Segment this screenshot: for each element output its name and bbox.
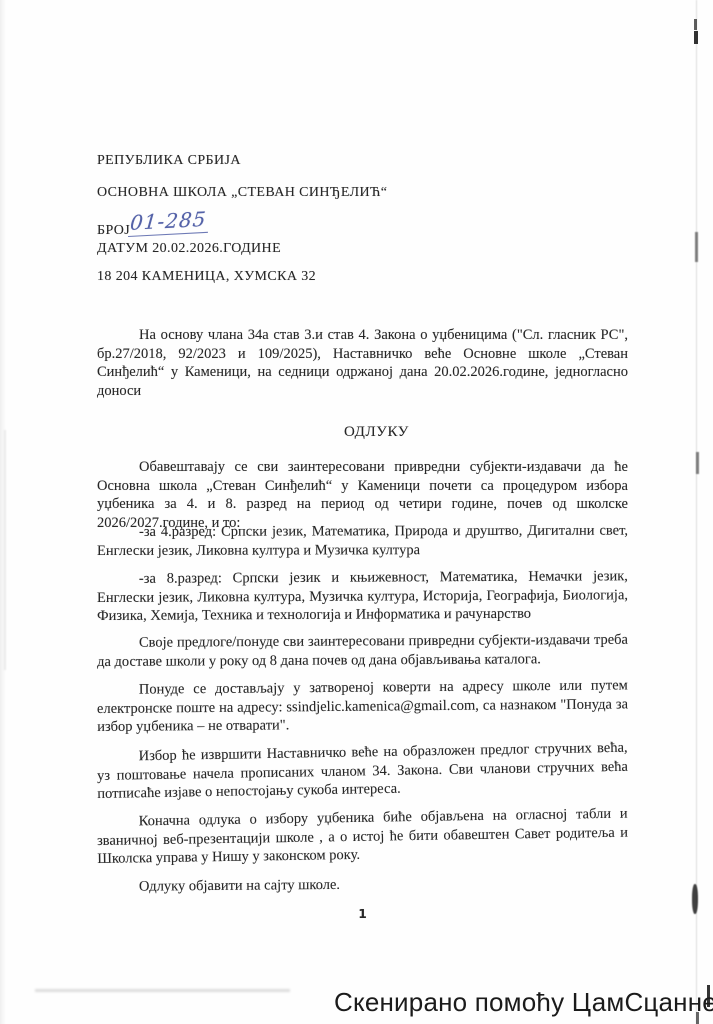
scan-artifact-blob-right-lower bbox=[692, 884, 698, 914]
grade8-list-item: -за 8.разред: Српски језик и књижевност,… bbox=[97, 567, 628, 626]
doc-number-label: БРОЈ bbox=[97, 223, 130, 238]
scan-artifact-mark-top-right bbox=[694, 19, 697, 30]
scanned-document-page: РЕПУБЛИКА СРБИЈА ОСНОВНА ШКОЛА „СТЕВАН С… bbox=[0, 0, 713, 1024]
submission-deadline-paragraph: Своје предлоге/понуде сви заинтересовани… bbox=[97, 631, 628, 671]
doc-number-row: БРОЈ01-285 bbox=[97, 215, 211, 241]
publish-paragraph: Одлуку објавити на сајту школе. bbox=[97, 873, 628, 896]
submission-address-paragraph: Понуде се достављају у затвореној коверт… bbox=[97, 676, 628, 736]
scan-artifact-smudge-bottom-left bbox=[35, 989, 290, 992]
grade4-list-item: -за 4.разред: Српски језик, Математика, … bbox=[97, 522, 628, 561]
page-number: 1 bbox=[97, 905, 628, 924]
decision-heading: ОДЛУКУ bbox=[111, 423, 642, 442]
doc-number-handwritten: 01-285 bbox=[128, 207, 211, 237]
final-decision-paragraph: Коначна одлука о избору уџбеника биће об… bbox=[97, 805, 629, 869]
header-republic-line: РЕПУБЛИКА СРБИЈА bbox=[97, 153, 241, 169]
selection-process-paragraph: Избор ће извршити Наставничко веће на об… bbox=[97, 739, 629, 804]
scan-artifact-right-fold-line bbox=[696, 0, 698, 1024]
scan-artifact-mark-right-middle bbox=[696, 452, 699, 474]
scan-artifact-left-faint-line bbox=[4, 430, 6, 670]
doc-address-line: 18 204 КАМЕНИЦА, ХУМСКА 32 bbox=[97, 269, 316, 285]
scan-artifact-mark-right-upper bbox=[695, 232, 698, 262]
doc-date-line: ДАТУМ 20.02.2026.ГОДИНЕ bbox=[97, 241, 281, 257]
header-school-line: ОСНОВНА ШКОЛА „СТЕВАН СИНЂЕЛИЋ“ bbox=[97, 185, 387, 201]
scan-artifact-mark-top-right-2 bbox=[694, 31, 699, 44]
intro-paragraph: На основу члана 34а став 3.и став 4. Зак… bbox=[97, 326, 628, 400]
camscanner-watermark: Скенирано помоћу ЦамСцаннер-а bbox=[334, 987, 713, 1018]
scan-artifact-left-edge-shade bbox=[0, 0, 6, 1024]
